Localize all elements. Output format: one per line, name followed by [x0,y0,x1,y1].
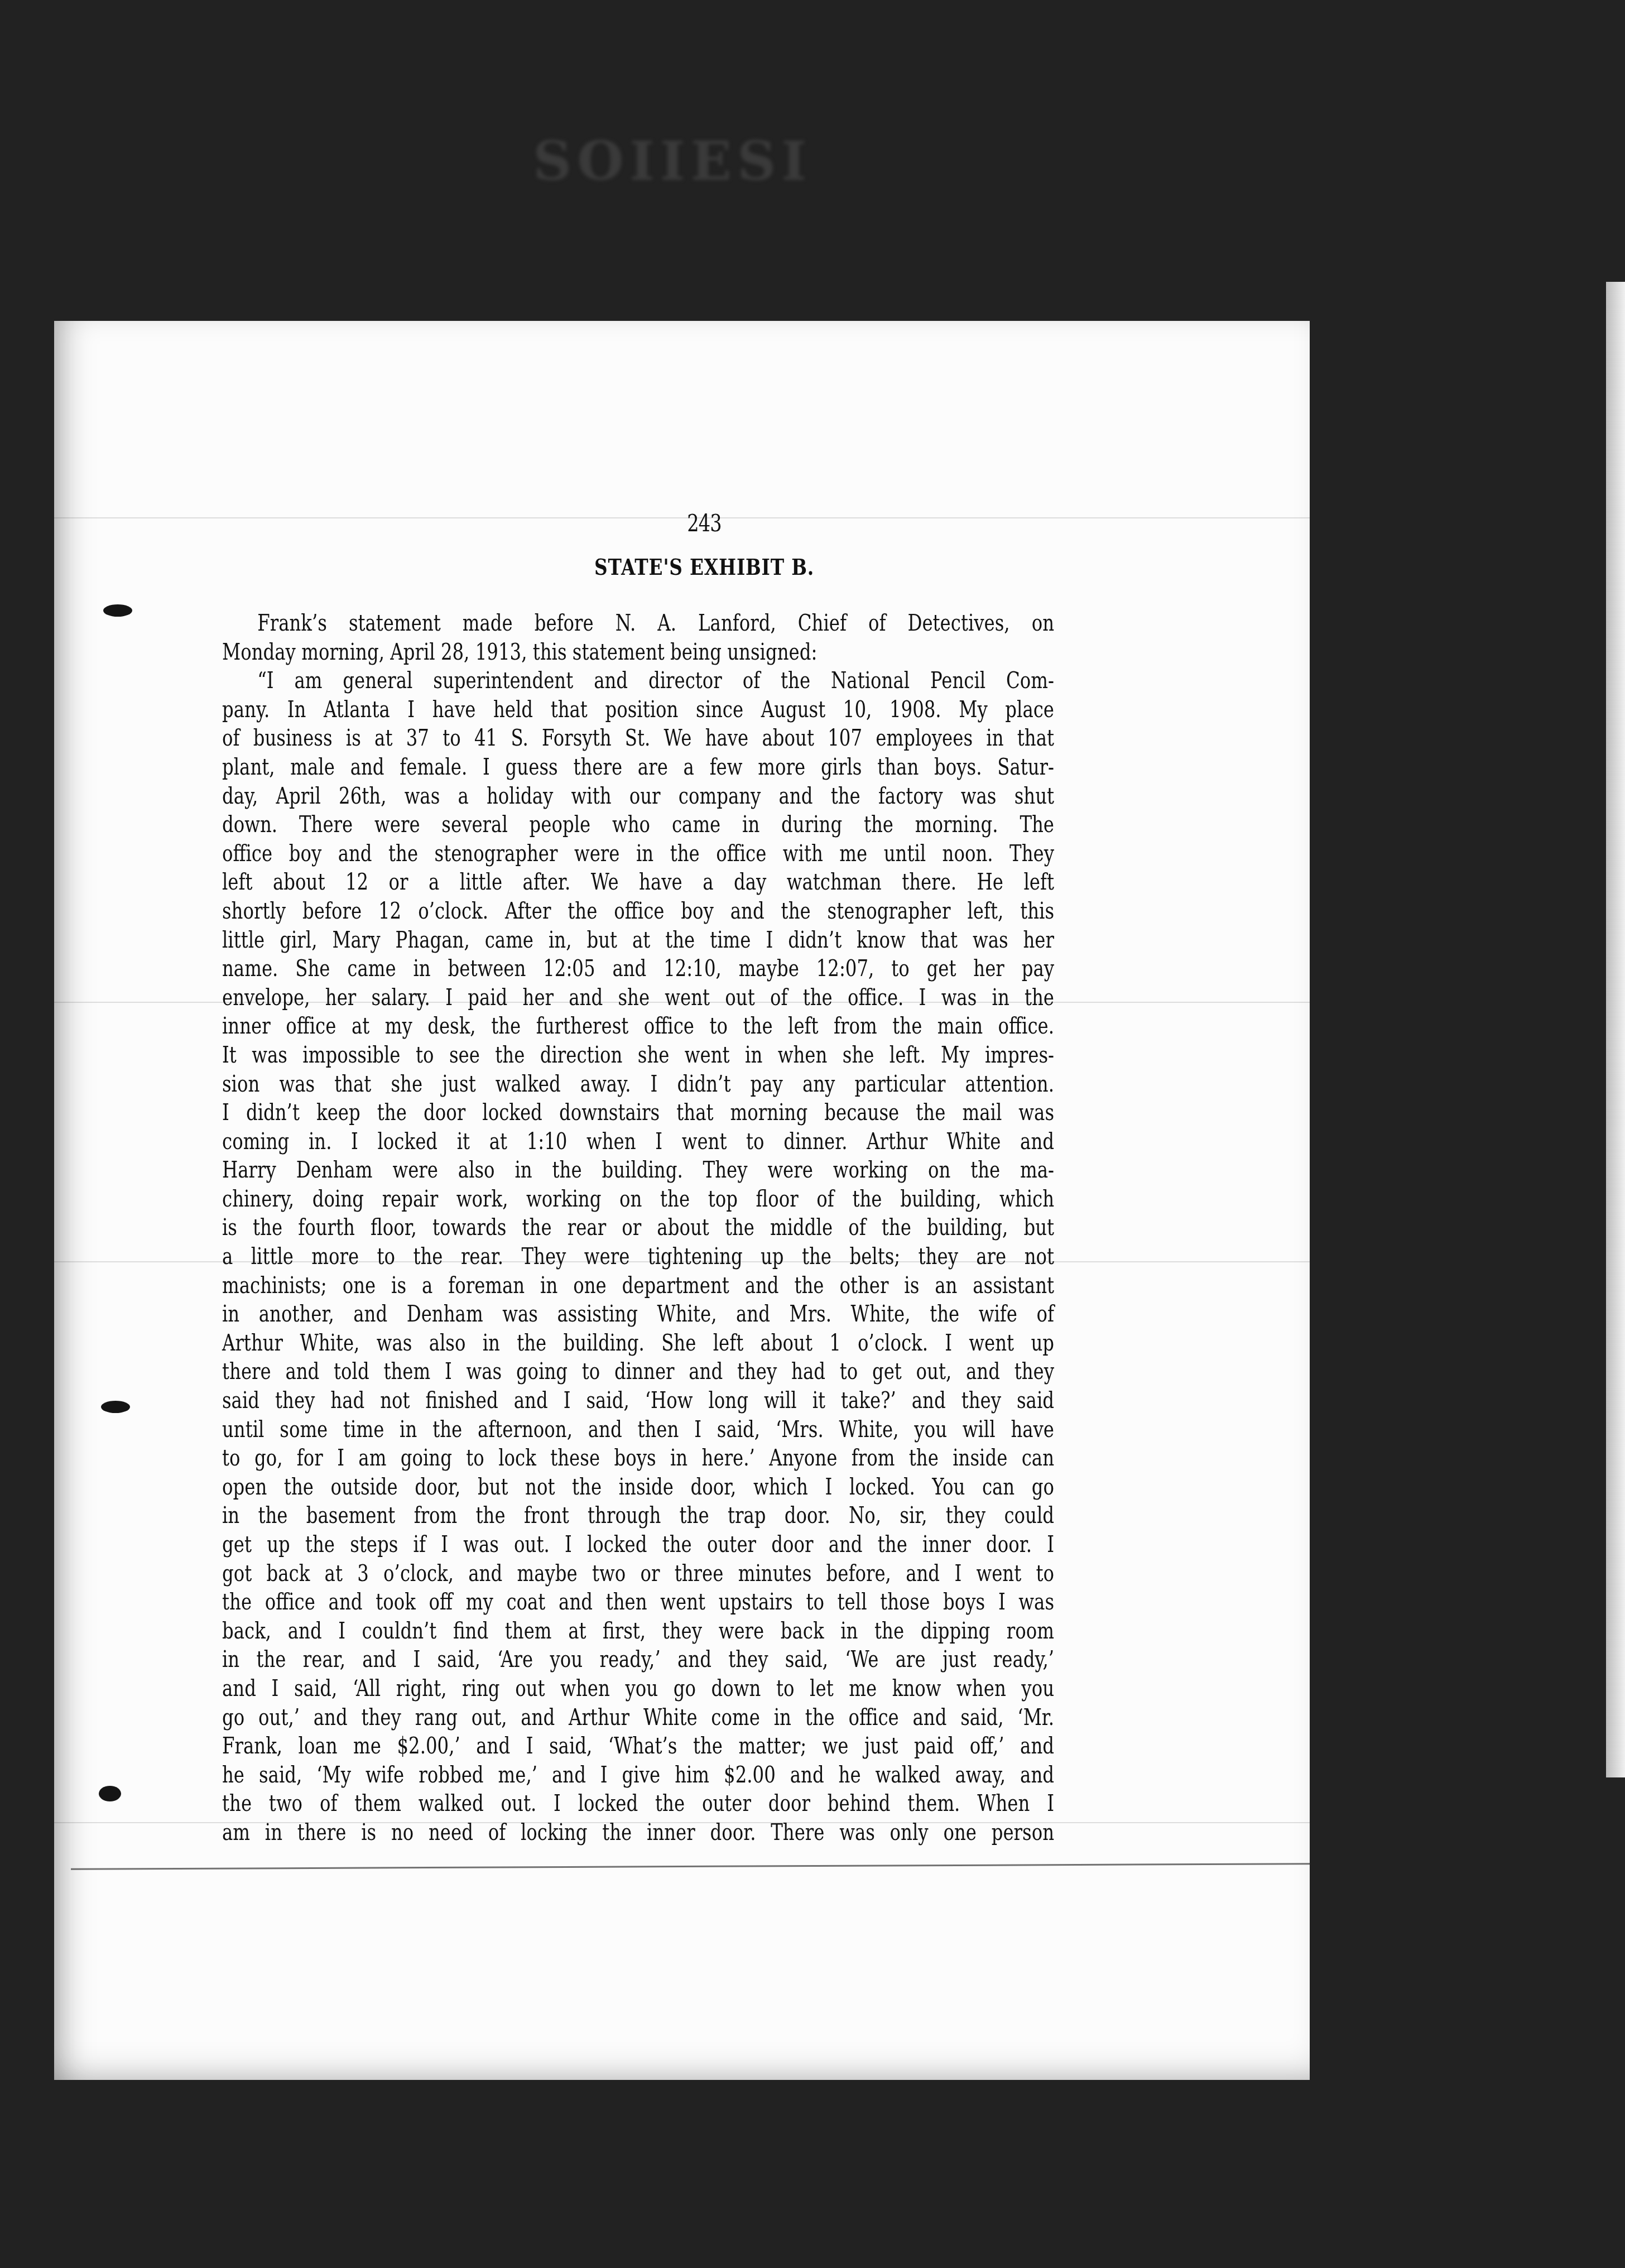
statement-line: inner office at my desk, the furtherest … [222,1012,1054,1041]
bottom-rule [71,1863,1310,1870]
page-number: 243 [202,510,1206,537]
statement-line: envelope, her salary. I paid her and she… [222,983,1054,1012]
statement-line: back, and I couldn’t find them at first,… [222,1617,1054,1646]
statement-line: is the fourth floor, towards the rear or… [222,1213,1054,1242]
statement-line: said they had not finished and I said, ‘… [222,1386,1054,1415]
statement-line: shortly before 12 o’clock. After the off… [222,897,1054,926]
statement-line: pany. In Atlanta I have held that positi… [222,695,1054,724]
statement-line: in the rear, and I said, ‘Are you ready,… [222,1645,1054,1674]
statement-line: machinists; one is a foreman in one depa… [222,1271,1054,1300]
statement-line: coming in. I locked it at 1:10 when I we… [222,1127,1054,1156]
adjacent-page-edge [1606,282,1625,1777]
statement-line: get up the steps if I was out. I locked … [222,1530,1054,1559]
statement-line: day, April 26th, was a holiday with our … [222,782,1054,811]
document-body: Frank’s statement made before N. A. Lanf… [222,609,1055,1847]
statement-line: to go, for I am going to lock these boys… [222,1444,1054,1473]
statement-line: little girl, Mary Phagan, came in, but a… [222,926,1054,955]
statement-line: I didn’t keep the door locked downstairs… [222,1098,1054,1127]
statement-line: It was impossible to see the direction s… [222,1041,1054,1070]
statement-line: in another, and Denham was assisting Whi… [222,1300,1054,1329]
statement-line: Arthur White, was also in the building. … [222,1329,1054,1358]
statement-line: office boy and the stenographer were in … [222,839,1054,868]
statement-line: name. She came in between 12:05 and 12:1… [222,954,1054,983]
document-page: 243 STATE'S EXHIBIT B. Frank’s statement… [54,321,1310,2080]
statement-line: in the basement from the front through t… [222,1501,1054,1530]
punch-hole-icon [101,1401,130,1413]
intro-line: Monday morning, April 28, 1913, this sta… [222,638,1054,667]
punch-hole-icon [99,1786,121,1801]
statement-line: and I said, ‘All right, ring out when yo… [222,1674,1054,1703]
statement-line: got back at 3 o’clock, and maybe two or … [222,1559,1054,1588]
statement-line: down. There were several people who came… [222,810,1054,839]
statement-line: open the outside door, but not the insid… [222,1473,1054,1502]
statement-line: Frank, loan me $2.00,’ and I said, ‘What… [222,1732,1054,1761]
statement-line: there and told them I was going to dinne… [222,1357,1054,1386]
statement-line: plant, male and female. I guess there ar… [222,753,1054,782]
statement-line: a little more to the rear. They were tig… [222,1242,1054,1271]
statement-line: “I am general superintendent and directo… [222,666,1054,695]
statement-line: am in there is no need of locking the in… [222,1818,1054,1847]
statement-line: Harry Denham were also in the building. … [222,1156,1054,1185]
statement-line: left about 12 or a little after. We have… [222,868,1054,897]
intro-line: Frank’s statement made before N. A. Lanf… [222,609,1054,638]
statement-line: sion was that she just walked away. I di… [222,1070,1054,1099]
statement-line: he said, ‘My wife robbed me,’ and I give… [222,1761,1054,1790]
page-title: STATE'S EXHIBIT B. [190,554,1219,580]
statement-line: the two of them walked out. I locked the… [222,1789,1054,1818]
statement-line: of business is at 37 to 41 S. Forsyth St… [222,724,1054,753]
statement-line: chinery, doing repair work, working on t… [222,1185,1054,1214]
statement-line: the office and took off my coat and then… [222,1588,1054,1617]
bleed-through-text: SOIIESI [533,129,812,193]
statement-line: go out,’ and they rang out, and Arthur W… [222,1703,1054,1732]
statement-line: until some time in the afternoon, and th… [222,1415,1054,1444]
punch-hole-icon [103,604,132,617]
